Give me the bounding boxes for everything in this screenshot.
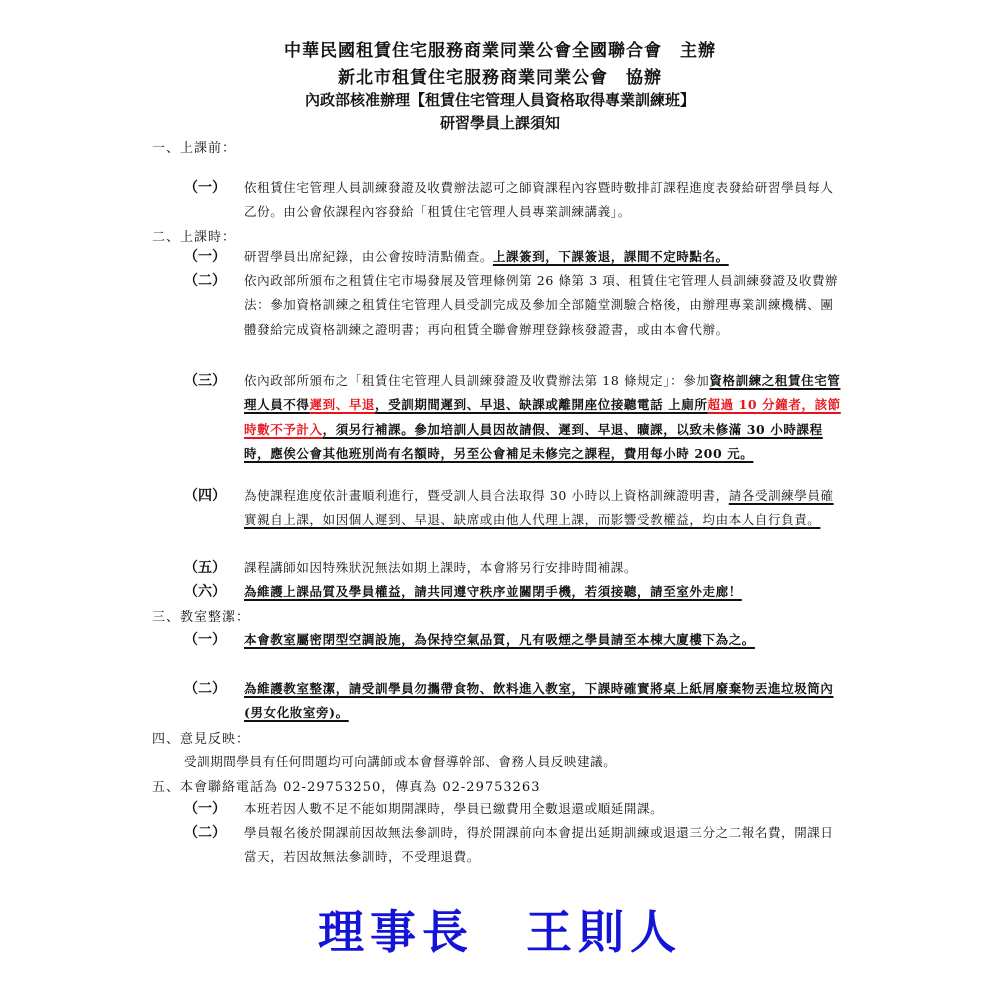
section3-item1: （一） 本會教室屬密閉型空調設施，為保持空氣品質，凡有吸煙之學員請至本棟大廈樓下…: [184, 628, 844, 652]
section-before-class-title: 一、上課前：: [152, 137, 236, 156]
item-number: （四）: [184, 484, 226, 508]
section1-item1: （一） 依租賃住宅管理人員訓練發證及收費辦法認可之師資課程內容暨時數排訂課程進度…: [184, 176, 844, 225]
section2-item4: （四） 為使課程進度依計畫順利進行，暨受訓人員合法取得 30 小時以上資格訓練證…: [184, 484, 844, 533]
item-text-emphasis: 本會教室屬密閉型空調設施，為保持空氣品質，凡有吸煙之學員請至本棟大廈樓下為之。: [244, 632, 755, 647]
item-text-red: 遲到、早退: [310, 397, 376, 412]
item-text: 本班若因人數不足不能如期開課時，學員已繳費用全數退還或順延開課。: [244, 797, 844, 821]
section5-item1: （一） 本班若因人數不足不能如期開課時，學員已繳費用全數退還或順延開課。: [184, 797, 844, 821]
section5-item2: （二） 學員報名後於開課前因故無法參訓時，得於開課前向本會提出延期訓練或退還三分…: [184, 821, 844, 870]
section2-item2: （二） 依內政部所頒布之租賃住宅市場發展及管理條例第 26 條第 3 項、租賃住…: [184, 269, 844, 342]
item-text: 依內政部所頒布之租賃住宅市場發展及管理條例第 26 條第 3 項、租賃住宅管理人…: [244, 269, 844, 342]
section-feedback-title: 四、意見反映：: [152, 728, 250, 747]
item-text: 為使課程進度依計畫順利進行，暨受訓人員合法取得 30 小時以上資格訓練證明書，: [244, 488, 729, 503]
item-text: 依租賃住宅管理人員訓練發證及收費辦法認可之師資課程內容暨時數排訂課程進度表發給研…: [244, 176, 844, 225]
section2-item6: （六） 為維護上課品質及學員權益，請共同遵守秩序並關閉手機，若須接聽，請至室外走…: [184, 580, 844, 604]
section2-item3: （三） 依內政部所頒布之「租賃住宅管理人員訓練發證及收費辦法第 18 條規定」：…: [184, 369, 844, 466]
item-number: （二）: [184, 821, 226, 845]
chairman-signature: 理事長 王則人: [0, 896, 1000, 962]
feedback-text: 受訓期間學員有任何問題均可向講師或本會督導幹部、會務人員反映建議。: [184, 752, 616, 770]
section3-item2: （二） 為維護教室整潔，請受訓學員勿攜帶食物、飲料進入教室，下課時確實將桌上紙屑…: [184, 677, 844, 726]
item-number: （二）: [184, 677, 226, 701]
item-text-emphasis: 為維護教室整潔，請受訓學員勿攜帶食物、飲料進入教室，下課時確實將桌上紙屑廢棄物丟…: [244, 681, 834, 720]
item-text: 學員報名後於開課前因故無法參訓時，得於開課前向本會提出延期訓練或退還三分之二報名…: [244, 821, 844, 870]
item-text: 研習學員出席紀錄，由公會按時清點備查。: [244, 249, 493, 264]
item-number: （六）: [184, 580, 226, 604]
item-text-emphasis: 上課簽到，下課簽退，課間不定時點名。: [493, 249, 729, 264]
item-text: 依內政部所頒布之「租賃住宅管理人員訓練發證及收費辦法第 18 條規定」：參加: [244, 373, 709, 388]
item-number: （一）: [184, 797, 226, 821]
item-number: （一）: [184, 176, 226, 200]
item-text-emphasis: ，受訓期間遲到、早退、缺課或離開座位接聽電話 上廁所: [375, 397, 707, 412]
co-organizer-title: 新北市租賃住宅服務商業同業公會 協辦: [0, 63, 1000, 88]
section-during-class-title: 二、上課時：: [152, 226, 236, 245]
item-number: （一）: [184, 628, 226, 652]
item-number: （二）: [184, 269, 226, 293]
organizer-title: 中華民國租賃住宅服務商業同業公會全國聯合會 主辦: [0, 36, 1000, 61]
section-contact-title: 五、本會聯絡電話為 02-29753250，傳真為 02-29753263: [152, 776, 540, 795]
item-number: （一）: [184, 245, 226, 269]
section2-item1: （一） 研習學員出席紀錄，由公會按時清點備查。上課簽到，下課簽退，課間不定時點名…: [184, 245, 844, 269]
item-number: （五）: [184, 556, 226, 580]
item-text-emphasis: ，須另行補課。參加培訓人員因故請假、遲到、早退、曠課，以致未修滿 30 小時課程…: [244, 422, 823, 461]
item-text: 課程講師如因特殊狀況無法如期上課時，本會將另行安排時間補課。: [244, 556, 844, 580]
item-number: （三）: [184, 369, 226, 393]
course-title: 內政部核准辦理【租賃住宅管理人員資格取得專業訓練班】: [0, 89, 1000, 110]
item-text-emphasis: 為維護上課品質及學員權益，請共同遵守秩序並關閉手機，若須接聽，請至室外走廊！: [244, 584, 742, 599]
section2-item5: （五） 課程講師如因特殊狀況無法如期上課時，本會將另行安排時間補課。: [184, 556, 844, 580]
section-classroom-title: 三、教室整潔：: [152, 606, 250, 625]
notice-title: 研習學員上課須知: [0, 112, 1000, 133]
